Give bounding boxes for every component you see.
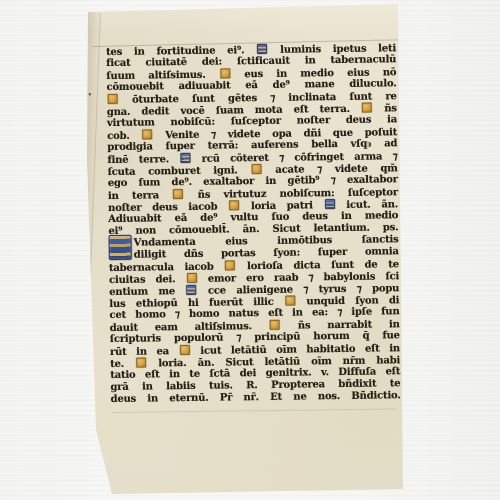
text-block: tes in fortitudine ei⁹. luminis ipetus l… (106, 42, 401, 406)
illuminated-initial-gold (187, 273, 197, 283)
illuminated-initial-gold (362, 103, 372, 113)
illuminated-initial-gold (270, 320, 280, 330)
text-segment: ñs (384, 103, 397, 114)
text-segment: icut. ān. (346, 199, 398, 211)
text-block-impression-line (112, 409, 396, 413)
illuminated-initial-gold (229, 200, 239, 210)
illuminated-initial-gold (225, 260, 235, 270)
illuminated-initial-gold (173, 189, 183, 199)
large-illuminated-initial-F (108, 235, 131, 260)
text-segment: in terra (108, 190, 159, 202)
text-segment: ciuitas dei. (109, 274, 175, 286)
illuminated-initial-blue (257, 44, 267, 54)
illuminated-initial-gold (220, 68, 230, 78)
illuminated-initial-gold (142, 129, 152, 139)
illuminated-initial-blue (180, 153, 190, 163)
illuminated-initial-gold (251, 164, 261, 174)
illuminated-initial-gold (136, 358, 146, 368)
illuminated-initial-gold (285, 296, 295, 306)
text-segment: entium me (109, 286, 175, 298)
text-segment: te. (110, 359, 124, 370)
illuminated-initial-blue (325, 199, 335, 209)
text-segment: loria patri (251, 200, 313, 212)
illuminated-initial-gold (108, 94, 118, 104)
text-segment: finē terre. (107, 154, 169, 166)
text-line: deus in eternū. Pr̄ nr̄. Et ne nos. Bñdi… (111, 390, 401, 406)
illuminated-initial-blue (186, 285, 196, 295)
text-segment: rūt in ea (110, 346, 169, 358)
illuminated-initial-gold (180, 345, 190, 355)
text-segment: cob. (107, 131, 130, 142)
text-segment: deus in eternū. Pr̄ nr̄. Et ne nos. Bñdi… (111, 390, 401, 405)
